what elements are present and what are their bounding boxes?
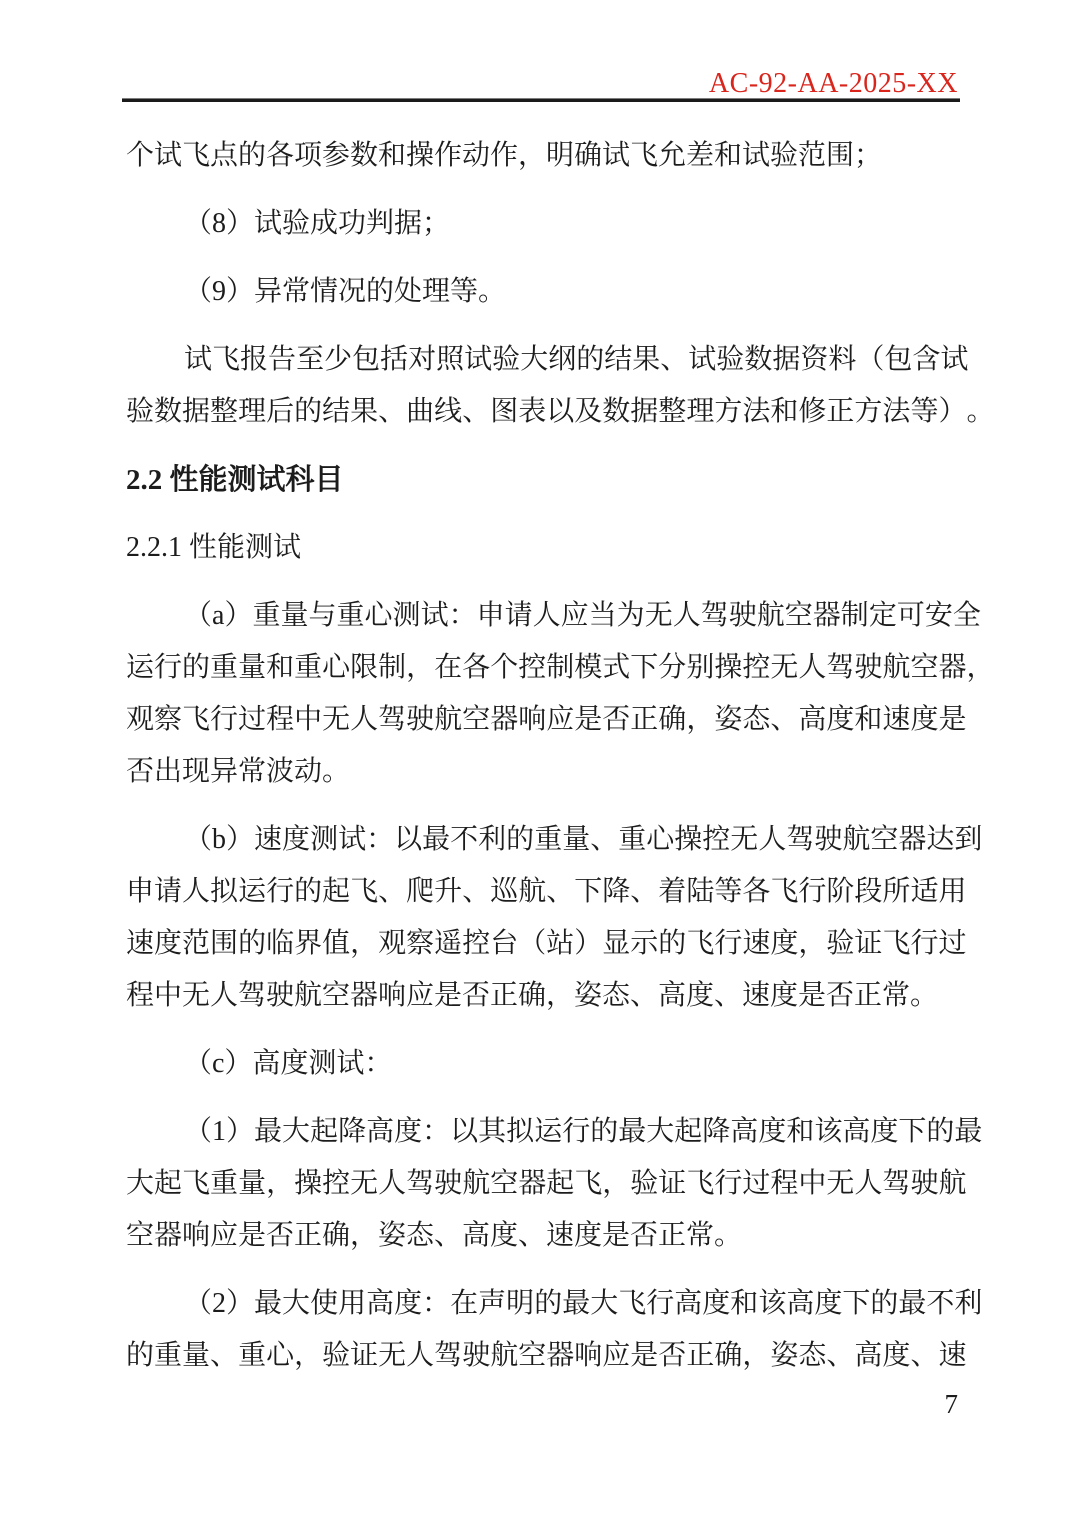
text-line: （a）重量与重心测试：申请人应当为无人驾驶航空器制定可安全 [126, 590, 955, 642]
text-line: 速度范围的临界值，观察遥控台（站）显示的飞行速度，验证飞行过 [126, 918, 955, 970]
heading-2-2: 2.2 性能测试科目 [126, 454, 955, 506]
paragraph-b-speed-test: （b）速度测试：以最不利的重量、重心操控无人驾驶航空器达到申请人拟运行的起飞、爬… [126, 814, 955, 1022]
text-line: （2）最大使用高度：在声明的最大飞行高度和该高度下的最不利 [126, 1278, 955, 1330]
paragraph-a-weight-cg-test: （a）重量与重心测试：申请人应当为无人驾驶航空器制定可安全运行的重量和重心限制，… [126, 590, 955, 798]
text-line: 程中无人驾驶航空器响应是否正确，姿态、高度、速度是否正常。 [126, 970, 955, 1022]
text-line: 的重量、重心，验证无人驾驶航空器响应是否正确，姿态、高度、速 [126, 1330, 955, 1382]
page-number: 7 [122, 1388, 958, 1420]
text-line: 大起飞重量，操控无人驾驶航空器起飞，验证飞行过程中无人驾驶航 [126, 1158, 955, 1210]
paragraph-c1-max-takeoff-landing-altitude: （1）最大起降高度：以其拟运行的最大起降高度和该高度下的最大起飞重量，操控无人驾… [126, 1106, 955, 1262]
text-line: 试飞报告至少包括对照试验大纲的结果、试验数据资料（包含试 [126, 334, 955, 386]
heading-2-2-1: 2.2.1 性能测试 [126, 522, 955, 574]
text-line: 观察飞行过程中无人驾驶航空器响应是否正确，姿态、高度和速度是 [126, 694, 955, 746]
list-item-8: （8）试验成功判据； [126, 198, 955, 250]
text-line: （9）异常情况的处理等。 [126, 266, 955, 318]
text-line: 2.2.1 性能测试 [126, 522, 955, 574]
text-line: 申请人拟运行的起飞、爬升、巡航、下降、着陆等各飞行阶段所适用 [126, 866, 955, 918]
text-line: 验数据整理后的结果、曲线、图表以及数据整理方法和修正方法等）。 [126, 386, 955, 438]
text-line: 空器响应是否正确，姿态、高度、速度是否正常。 [126, 1210, 955, 1262]
paragraph-c-altitude-test: （c）高度测试： [126, 1038, 955, 1090]
text-line: 运行的重量和重心限制，在各个控制模式下分别操控无人驾驶航空器， [126, 642, 955, 694]
document-content: 个试飞点的各项参数和操作动作，明确试飞允差和试验范围；（8）试验成功判据；（9）… [126, 130, 955, 1382]
list-item-9: （9）异常情况的处理等。 [126, 266, 955, 318]
text-line: （1）最大起降高度：以其拟运行的最大起降高度和该高度下的最 [126, 1106, 955, 1158]
text-line: 2.2 性能测试科目 [126, 454, 955, 506]
header-rule-divider [122, 98, 960, 102]
text-line: 个试飞点的各项参数和操作动作，明确试飞允差和试验范围； [126, 130, 955, 182]
text-line: （8）试验成功判据； [126, 198, 955, 250]
text-line: 否出现异常波动。 [126, 746, 955, 798]
text-line: （c）高度测试： [126, 1038, 955, 1090]
text-line: （b）速度测试：以最不利的重量、重心操控无人驾驶航空器达到 [126, 814, 955, 866]
paragraph-c2-max-operating-altitude: （2）最大使用高度：在声明的最大飞行高度和该高度下的最不利的重量、重心，验证无人… [126, 1278, 955, 1382]
document-page: AC-92-AA-2025-XX 个试飞点的各项参数和操作动作，明确试飞允差和试… [0, 0, 1080, 1526]
header-document-code: AC-92-AA-2025-XX [122, 70, 958, 98]
paragraph-flight-test-report: 试飞报告至少包括对照试验大纲的结果、试验数据资料（包含试验数据整理后的结果、曲线… [126, 334, 955, 438]
paragraph-continuation: 个试飞点的各项参数和操作动作，明确试飞允差和试验范围； [126, 130, 955, 182]
